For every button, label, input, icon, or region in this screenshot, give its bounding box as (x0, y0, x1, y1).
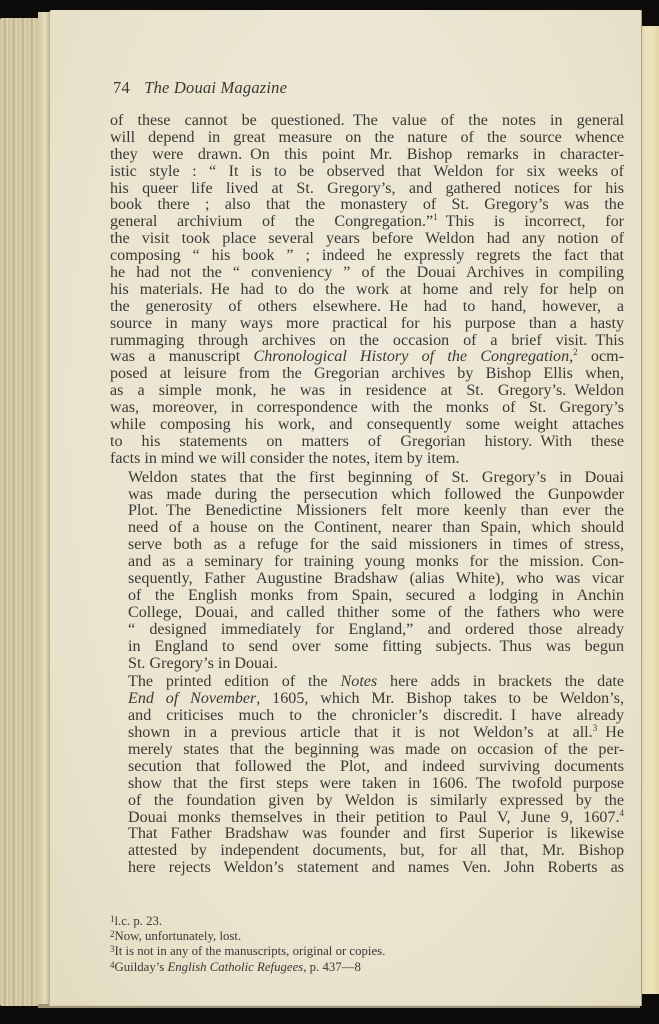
page-stack-right-edge (640, 26, 659, 994)
text-line: Plot. The Benedictine Missioners felt mo… (110, 503, 624, 520)
text-line: merely states that the beginning was mad… (110, 742, 624, 759)
text-line: of the foundation given by Weldon is sim… (110, 793, 624, 810)
running-title: The Douai Magazine (144, 78, 287, 97)
text-line: general archivium of the Congregation.”1… (110, 214, 624, 231)
text-line: as a simple monk, he was in residence at… (110, 383, 624, 400)
text-line: source in many ways more practical for h… (110, 316, 624, 333)
text-line: was a manuscript Chronological History o… (110, 349, 624, 366)
italic-text: English Catholic Refugees (167, 960, 303, 974)
text-line: shown in a previous article that it is n… (110, 725, 624, 742)
text-line: attested by independent documents, but, … (110, 843, 624, 860)
footnote-reference[interactable]: 2 (573, 347, 578, 357)
text-line: secution that followed the Plot, and ind… (110, 759, 624, 776)
text-line: he had not the “ conveniency ” of the Do… (110, 265, 624, 282)
text-line: facts in mind we will consider the notes… (110, 451, 624, 468)
text-line: the generosity of others elsewhere. He h… (110, 299, 624, 316)
text-line: was made during the persecution which fo… (110, 487, 624, 504)
footnote-4: 4Guilday’s English Catholic Refugees, p.… (110, 959, 624, 974)
text-line: Douai monks themselves in their petition… (110, 810, 624, 827)
text-line: That Father Bradshaw was founder and fir… (110, 826, 624, 843)
text-line: posed at leisure from the Gregorian arch… (110, 366, 624, 383)
text-line: book there ; also that the monastery of … (110, 197, 624, 214)
footnote-mark: 1 (110, 914, 115, 924)
text-line: was, moreover, in correspondence with th… (110, 400, 624, 417)
paragraph-p2: Weldon states that the first beginning o… (110, 470, 624, 673)
text-line: composing “ his book ” ; indeed he expre… (110, 248, 624, 265)
text-line: they were drawn. On this point Mr. Bisho… (110, 147, 624, 164)
text-line: while composing his work, and consequent… (110, 417, 624, 434)
text-line: College, Douai, and called thither some … (110, 605, 624, 622)
running-header: 74 The Douai Magazine (113, 78, 287, 98)
text-line: of the English monks from Spain, secured… (110, 588, 624, 605)
footnote-1: 1l.c. p. 23. (110, 913, 624, 928)
italic-text: End of November (128, 690, 256, 707)
text-line: will depend in great measure on the natu… (110, 130, 624, 147)
text-line: the visit took place several years befor… (110, 231, 624, 248)
text-line: The printed edition of the Notes here ad… (110, 674, 624, 691)
paragraph-p1: of these cannot be questioned. The value… (110, 113, 624, 468)
text-line: and as a seminary for training young mon… (110, 554, 624, 571)
paragraph-p3: The printed edition of the Notes here ad… (110, 674, 624, 877)
text-line: show that the first steps were taken in … (110, 776, 624, 793)
footnote-3: 3It is not in any of the manuscripts, or… (110, 943, 624, 958)
footnote-mark: 3 (110, 944, 115, 954)
footnote-reference[interactable]: 4 (620, 808, 625, 818)
text-line: in England to send over some fitting sub… (110, 639, 624, 656)
text-line: his queer life lived at St. Gregory’s, a… (110, 181, 624, 198)
footnote-reference[interactable]: 3 (593, 723, 598, 733)
text-line: here rejects Weldon’s statement and name… (110, 860, 624, 877)
footnote-mark: 4 (110, 960, 115, 970)
italic-text: Notes (341, 673, 378, 690)
text-line: of these cannot be questioned. The value… (110, 113, 624, 130)
footnote-2: 2Now, unfortunately, lost. (110, 928, 624, 943)
footnote-mark: 2 (110, 929, 115, 939)
text-line: and criticises much to the chronicler’s … (110, 708, 624, 725)
text-line: St. Gregory’s in Douai. (110, 656, 624, 673)
text-line: rummaging through archives on the occasi… (110, 333, 624, 350)
text-line: sequently, Father Augustine Bradshaw (al… (110, 571, 624, 588)
page-number: 74 (113, 78, 130, 97)
text-line: serve both as a refuge for the said miss… (110, 537, 624, 554)
text-line: to his statements on matters of Gregoria… (110, 434, 624, 451)
italic-text: Chronological History of the Congregatio… (254, 348, 574, 365)
text-line: “ designed immediately for England,” and… (110, 622, 624, 639)
body-text: of these cannot be questioned. The value… (110, 113, 624, 877)
text-line: need of a house on the Continent, nearer… (110, 520, 624, 537)
text-line: Weldon states that the first beginning o… (110, 470, 624, 487)
footnotes: 1l.c. p. 23.2Now, unfortunately, lost.3I… (110, 913, 624, 974)
text-line: istic style : “ It is to be observed tha… (110, 164, 624, 181)
text-line: his materials. He had to do the work at … (110, 282, 624, 299)
text-line: End of November, 1605, which Mr. Bishop … (110, 691, 624, 708)
footnote-reference[interactable]: 1 (433, 212, 438, 222)
